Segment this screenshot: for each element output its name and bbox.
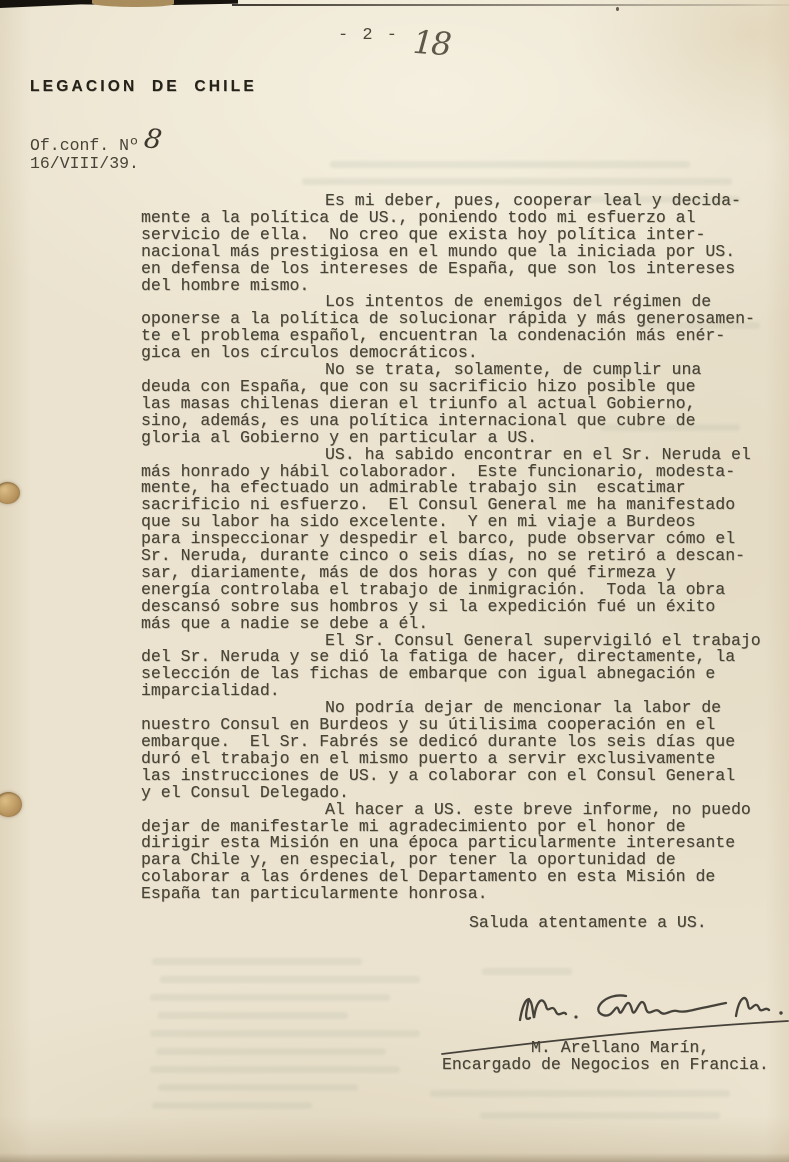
ink-bleed-ghost <box>152 958 362 965</box>
ink-bleed-ghost <box>160 976 420 983</box>
date-line: 16/VIII/39. <box>30 154 139 173</box>
scan-edge-bottom <box>0 1153 789 1162</box>
scan-edge-line <box>232 4 789 6</box>
body-paragraph: No podría dejar de mencionar la labor de… <box>141 700 789 801</box>
letter-body: Es mi deber, pues, cooperar leal y decid… <box>141 193 789 932</box>
ink-bleed-ghost <box>302 178 732 185</box>
ink-bleed-ghost <box>158 1012 348 1019</box>
page-number: - 2 - <box>338 26 399 45</box>
reference-label: Of.conf. Nº <box>30 136 139 155</box>
ink-bleed-ghost <box>480 1112 720 1119</box>
letterhead-title: LEGACION DE CHILE <box>30 78 257 96</box>
ink-bleed-ghost <box>152 1102 312 1109</box>
ink-speck <box>616 7 619 11</box>
ink-bleed-ghost <box>430 1090 730 1097</box>
handwritten-reference-number: 8 <box>142 123 164 156</box>
handwritten-folio-number: 18 <box>412 23 451 63</box>
ink-bleed-ghost <box>150 1030 420 1037</box>
hole-punch <box>0 482 20 504</box>
ink-bleed-ghost <box>156 1048 386 1055</box>
body-paragraph: El Sr. Consul General supervigiló el tra… <box>141 633 789 701</box>
body-paragraph: No se trata, solamente, de cumplir una d… <box>141 362 789 447</box>
ink-bleed-ghost <box>158 1084 358 1091</box>
paper-tear-fragment <box>92 0 174 7</box>
ink-bleed-ghost <box>150 994 390 1001</box>
scanned-letter-page: - 2 - 18 LEGACION DE CHILE Of.conf. Nº8 … <box>0 0 789 1162</box>
body-paragraph: Los intentos de enemigos del régimen de … <box>141 294 789 362</box>
typed-signer-title: Encargado de Negocios en Francia. <box>442 1055 769 1074</box>
reference-line: Of.conf. Nº8 <box>30 126 161 157</box>
body-paragraph: US. ha sabido encontrar en el Sr. Neruda… <box>141 447 789 633</box>
body-paragraph: Es mi deber, pues, cooperar leal y decid… <box>141 193 789 294</box>
ink-bleed-ghost <box>150 1066 400 1073</box>
ink-bleed-ghost <box>330 161 690 168</box>
hole-punch <box>0 792 22 817</box>
closing-salutation: Saluda atentamente a US. <box>141 915 789 932</box>
body-paragraph: Al hacer a US. este breve informe, no pu… <box>141 802 789 903</box>
